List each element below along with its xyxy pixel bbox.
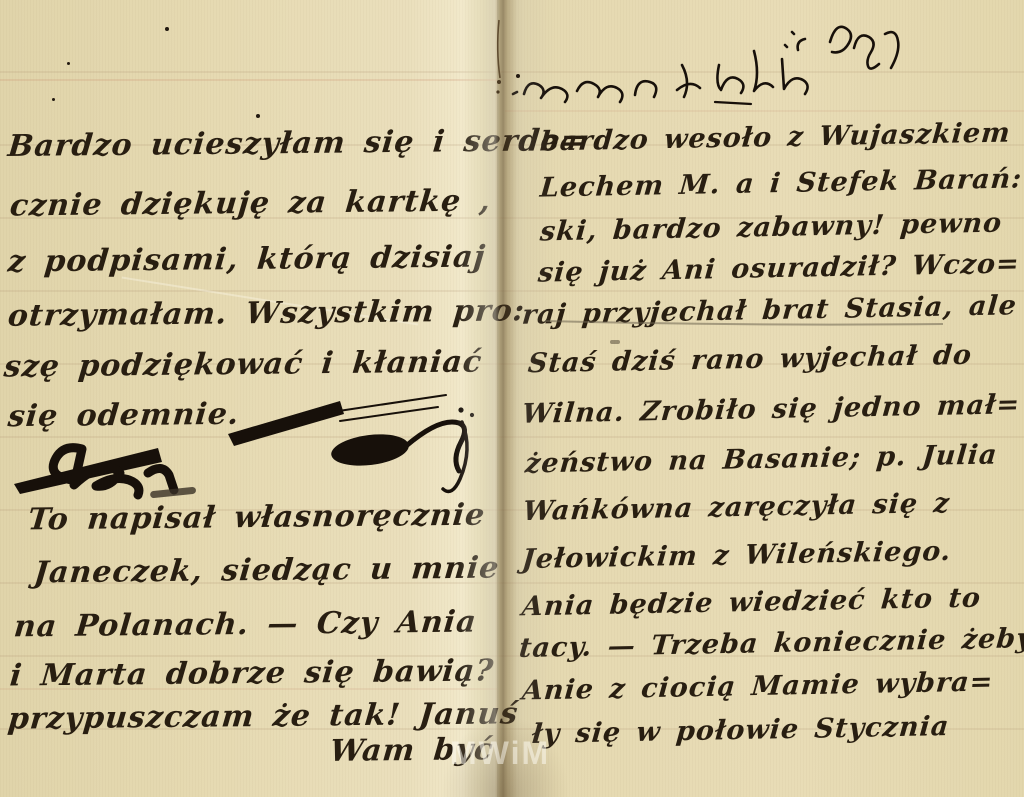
ink-speck bbox=[165, 27, 169, 31]
inverted-handwriting bbox=[505, 42, 895, 110]
handwriting-line: i Marta dobrze się bawią? bbox=[8, 653, 495, 693]
binding-thread bbox=[492, 18, 506, 98]
ink-speck bbox=[67, 62, 70, 65]
ink-speck bbox=[256, 114, 260, 118]
ink-speck bbox=[52, 98, 55, 101]
ink-speck bbox=[516, 74, 520, 78]
handwriting-line: otrzymałam. Wszystkim pro: bbox=[6, 293, 526, 333]
handwriting-line: na Polanach. — Czy Ania bbox=[12, 605, 478, 645]
handwriting-line: szę podziękować i kłaniać bbox=[2, 344, 484, 384]
diary-photo: Bardzo ucieszyłam się i serde= cznie dzi… bbox=[0, 0, 1024, 797]
pencil-underline bbox=[545, 318, 945, 328]
handwriting-line: przypuszczam że tak! Januś bbox=[6, 696, 520, 736]
ink-signature bbox=[10, 388, 490, 506]
handwriting-line: z podpisami, którą dzisiaj bbox=[6, 239, 487, 279]
handwriting-line: cznie dziękuję za kartkę , bbox=[8, 183, 492, 223]
handwriting-line: Janeczek, siedząc u mnie bbox=[32, 551, 501, 591]
ink-speck bbox=[610, 340, 620, 344]
handwriting-line: Bardzo ucieszyłam się i serde= bbox=[6, 123, 588, 164]
watermark: MWiM bbox=[450, 735, 550, 772]
